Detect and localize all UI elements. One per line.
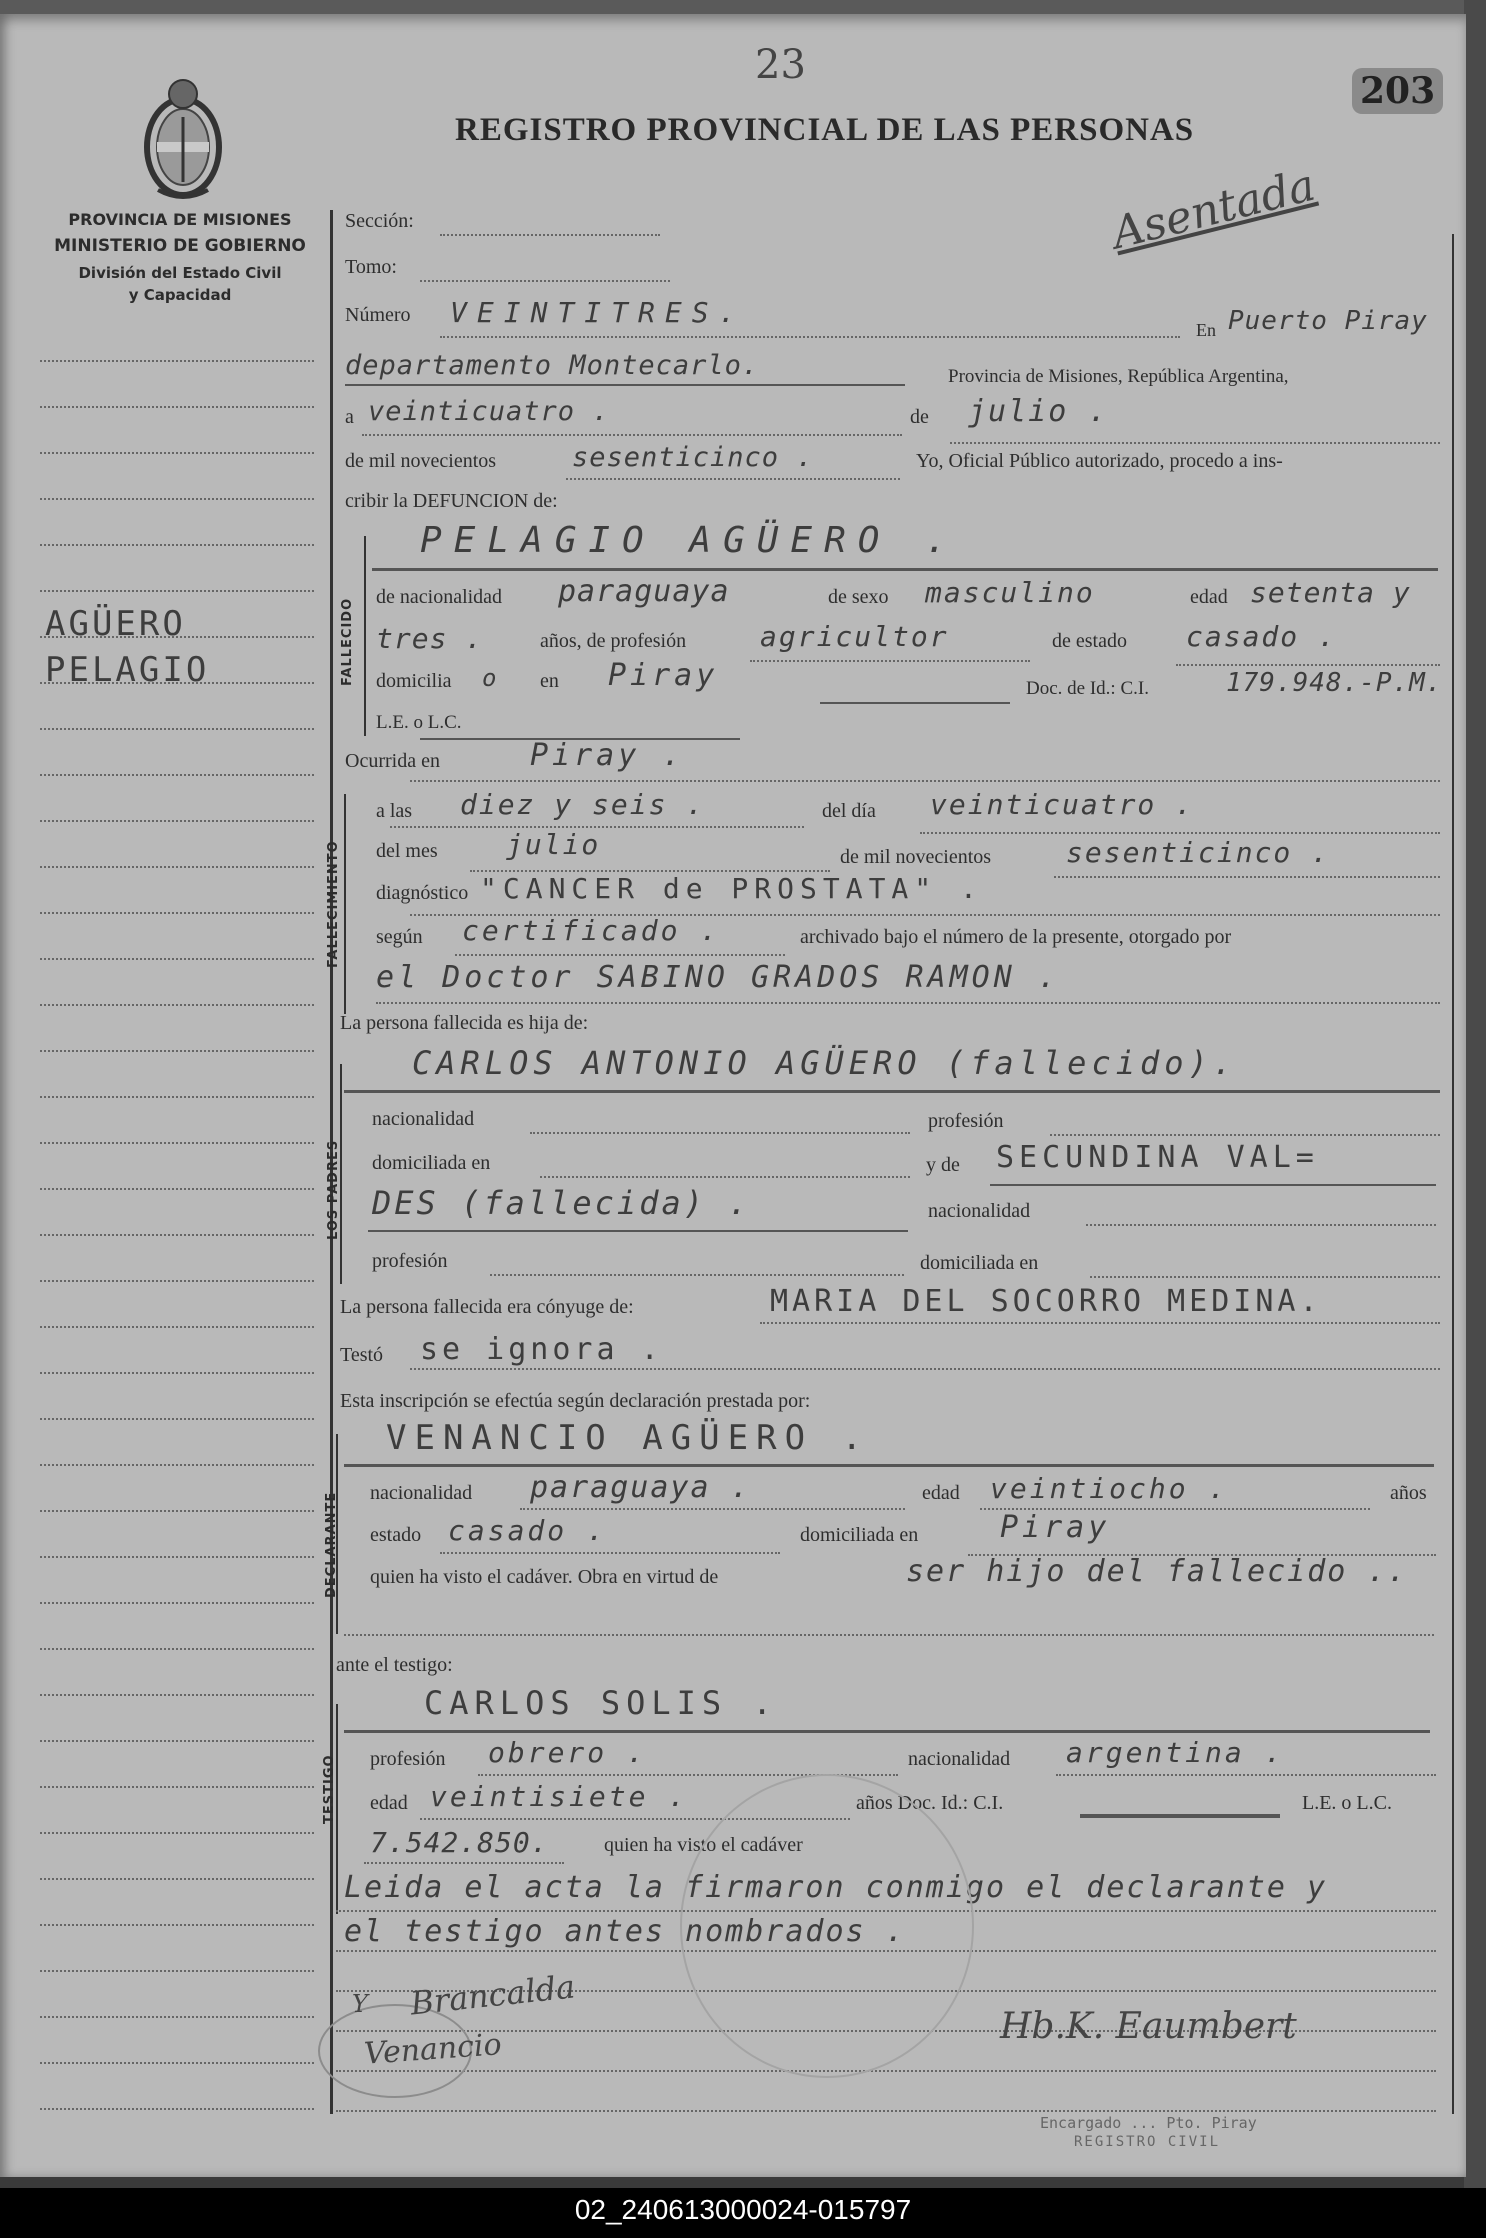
margin-ruled-line xyxy=(40,912,314,914)
testigo-name-field xyxy=(344,1730,1430,1733)
declarante-extra-field xyxy=(344,1634,1434,1636)
tomo-label: Tomo: xyxy=(345,256,397,279)
dia-label: del día xyxy=(822,800,876,823)
official-signature: Hb.K. Eaumbert xyxy=(1000,2006,1297,2047)
margin-ruled-line xyxy=(40,544,314,546)
conyuge-label: La persona fallecida era cónyuge de: xyxy=(340,1296,634,1319)
declarante-anios-label: años xyxy=(1390,1482,1427,1505)
testigo-profesion-value: obrero . xyxy=(488,1736,647,1769)
margin-surname: AGÜERO xyxy=(45,604,186,644)
agency-capacity: y Capacidad xyxy=(30,286,330,304)
declarante-name-field xyxy=(344,1464,1434,1467)
sexo-label: de sexo xyxy=(828,586,889,609)
hora-label: a las xyxy=(376,800,412,823)
numero-label: Número xyxy=(345,304,411,327)
segun-value: certificado . xyxy=(462,914,720,947)
a-label: a xyxy=(345,406,354,429)
deceased-name: PELAGIO AGÜERO . xyxy=(420,520,959,561)
estado-field xyxy=(1176,664,1440,666)
image-id-label: 02_240613000024-015797 xyxy=(0,2194,1486,2226)
testigo-ci-field xyxy=(1080,1814,1280,1818)
diagnostico-label: diagnóstico xyxy=(376,882,468,905)
departamento-field xyxy=(345,384,905,386)
profesion-field xyxy=(750,660,1030,662)
testo-value: se ignora . xyxy=(420,1332,663,1367)
declarante-domiciliada-label: domiciliada en xyxy=(800,1524,918,1547)
anios-profesion-label: años, de profesión xyxy=(540,630,686,653)
declarante-estado-label: estado xyxy=(370,1524,421,1547)
hora-value: diez y seis . xyxy=(460,788,705,821)
margin-ruled-line xyxy=(40,1464,314,1466)
fallecimiento-section-label: FALLECIMIENTO xyxy=(326,840,341,968)
agency-province: PROVINCIA DE MISIONES xyxy=(30,210,330,229)
edad-label: edad xyxy=(1190,586,1228,609)
domicilio-field xyxy=(820,702,1010,704)
fallecimiento-anio-label: de mil novecientos xyxy=(840,846,991,869)
margin-ruled-line xyxy=(40,1924,314,1926)
doc-label: Doc. de Id.: C.I. xyxy=(1026,678,1149,700)
madre-name-2-field xyxy=(368,1230,908,1232)
numero-field xyxy=(440,336,1180,338)
declarante-nacionalidad-label: nacionalidad xyxy=(370,1482,472,1505)
margin-ruled-line xyxy=(40,1740,314,1742)
segun-label: según xyxy=(376,926,423,949)
testigo-nacionalidad-label: nacionalidad xyxy=(908,1748,1010,1771)
margin-ruled-line xyxy=(40,452,314,454)
padre-nacionalidad-label: nacionalidad xyxy=(372,1108,474,1131)
en-label: En xyxy=(1196,320,1216,341)
declarante-edad-value: veintiocho . xyxy=(990,1472,1228,1505)
declarante-section-label: DECLARANTE xyxy=(324,1492,339,1598)
madre-profesion-field xyxy=(490,1274,904,1276)
fallecido-bracket xyxy=(364,536,366,736)
padre-name: CARLOS ANTONIO AGÜERO (fallecido). xyxy=(412,1044,1237,1082)
domicilio-en-label: en xyxy=(540,670,559,693)
diagnostico-value: "CANCER de PROSTATA" . xyxy=(480,872,983,905)
anio-label: de mil novecientos xyxy=(345,450,496,473)
estado-label: de estado xyxy=(1052,630,1127,653)
padres-section-label: LOS PADRES xyxy=(326,1140,341,1240)
ocurrida-value: Piray . xyxy=(530,738,684,773)
dia-value: veinticuatro . xyxy=(930,788,1194,821)
de-label: de xyxy=(910,406,929,429)
registration-day-field xyxy=(362,434,902,436)
margin-ruled-line xyxy=(40,1878,314,1880)
margin-ruled-line xyxy=(40,1326,314,1328)
margin-ruled-line xyxy=(40,360,314,362)
le-lc-label: L.E. o L.C. xyxy=(376,712,462,734)
margin-ruled-line xyxy=(40,1418,314,1420)
declarante-edad-label: edad xyxy=(922,1482,960,1505)
testigo-edad-value: veintisiete . xyxy=(430,1780,688,1813)
archivado-text: archivado bajo el número de la presente,… xyxy=(800,926,1231,949)
page-title: REGISTRO PROVINCIAL DE LAS PERSONAS xyxy=(455,112,1194,149)
padre-nacionalidad-field xyxy=(530,1132,910,1134)
y-de-label: y de xyxy=(926,1154,960,1177)
margin-ruled-line xyxy=(40,1372,314,1374)
agency-division: División del Estado Civil xyxy=(30,264,330,282)
registration-year: sesenticinco . xyxy=(572,442,814,473)
inscribir-text: cribir la DEFUNCION de: xyxy=(345,490,558,513)
estado-value: casado . xyxy=(1186,620,1337,653)
testigo-nacionalidad-value: argentina . xyxy=(1066,1736,1284,1769)
padres-intro: La persona fallecida es hija de: xyxy=(340,1012,588,1035)
madre-nacionalidad-label: nacionalidad xyxy=(928,1200,1030,1223)
margin-ruled-line xyxy=(40,820,314,822)
margin-ruled-line xyxy=(40,958,314,960)
asentada-annotation: Asentada xyxy=(1107,160,1320,260)
padre-domiciliada-label: domiciliada en xyxy=(372,1152,490,1175)
margin-ruled-line xyxy=(40,1510,314,1512)
seccion-label: Sección: xyxy=(345,210,414,233)
testigo-section-label: TESTIGO xyxy=(322,1754,337,1824)
testigo-nacionalidad-field xyxy=(1056,1774,1436,1776)
margin-ruled-line xyxy=(40,1142,314,1144)
segun-field xyxy=(455,954,785,956)
official-stamp-line-2: REGISTRO CIVIL xyxy=(1074,2134,1220,2150)
margin-ruled-line xyxy=(40,2108,314,2110)
conyuge-field xyxy=(760,1322,1440,1324)
signature-line-4 xyxy=(336,2110,1436,2112)
mes-label: del mes xyxy=(376,840,438,863)
declarante-estado-field xyxy=(440,1552,780,1554)
testo-field xyxy=(410,1368,1440,1370)
margin-ruled-line xyxy=(40,1556,314,1558)
registration-month-field xyxy=(950,442,1440,444)
padre-profesion-label: profesión xyxy=(928,1110,1004,1133)
testigo-le-field xyxy=(364,1862,564,1864)
oficial-text: Yo, Oficial Público autorizado, procedo … xyxy=(916,450,1283,473)
ocurrida-label: Ocurrida en xyxy=(345,750,440,773)
fallecimiento-bracket xyxy=(344,794,346,1014)
padre-profesion-field xyxy=(1050,1134,1440,1136)
madre-profesion-label: profesión xyxy=(372,1250,448,1273)
margin-ruled-line xyxy=(40,1188,314,1190)
otorgado-field xyxy=(376,1002,1440,1004)
en-value: Puerto Piray xyxy=(1228,306,1428,336)
testigo-le-lc-label: L.E. o L.C. xyxy=(1302,1792,1392,1815)
margin-ruled-line xyxy=(40,866,314,868)
scan-footer: 02_240613000024-015797 xyxy=(0,2188,1486,2238)
margin-ruled-line xyxy=(40,2062,314,2064)
madre-nacionalidad-field xyxy=(1086,1224,1436,1226)
conyuge-value: MARIA DEL SOCORRO MEDINA. xyxy=(770,1284,1322,1319)
margin-ruled-line xyxy=(40,498,314,500)
edad-value-2: tres . xyxy=(376,622,483,655)
signature-line-3 xyxy=(336,2070,1436,2072)
madre-domiciliada-label: domiciliada en xyxy=(920,1252,1038,1275)
declarante-name: VENANCIO AGÜERO . xyxy=(386,1418,870,1458)
ocurrida-field xyxy=(410,780,1440,782)
padre-name-field xyxy=(344,1090,1440,1093)
margin-ruled-line xyxy=(40,1602,314,1604)
declarante-virtud-value: ser hijo del fallecido .. xyxy=(906,1554,1408,1589)
fallecimiento-anio-value: sesenticinco . xyxy=(1066,836,1330,869)
dia-field xyxy=(920,832,1440,834)
domicilio-suffix: o xyxy=(482,664,496,692)
margin-ruled-line xyxy=(40,728,314,730)
nacionalidad-value: paraguaya xyxy=(558,574,730,609)
right-border xyxy=(1452,234,1454,2114)
margin-ruled-line xyxy=(40,406,314,408)
margin-ruled-line xyxy=(40,1004,314,1006)
madre-name-2: DES (fallecida) . xyxy=(372,1184,751,1222)
testigo-intro: ante el testigo: xyxy=(336,1654,453,1677)
nacionalidad-label: de nacionalidad xyxy=(376,586,502,609)
madre-name-1: SECUNDINA VAL= xyxy=(996,1140,1319,1175)
page-number: 23 xyxy=(755,42,806,88)
doc-value: 179.948.-P.M. xyxy=(1226,668,1443,698)
declarante-domicilio-value: Piray xyxy=(1000,1510,1110,1545)
agency-ministry: MINISTERIO DE GOBIERNO xyxy=(30,236,330,256)
official-stamp-line-1: Encargado ... Pto. Piray xyxy=(1040,2114,1257,2132)
fallecido-section-label: FALLECIDO xyxy=(340,598,355,686)
testigo-name: CARLOS SOLIS . xyxy=(424,1684,778,1722)
sexo-value: masculino xyxy=(925,576,1095,609)
margin-ruled-line xyxy=(40,1234,314,1236)
fallecimiento-anio-field xyxy=(1054,876,1440,878)
registration-month: julio . xyxy=(968,394,1108,429)
margin-ruled-line xyxy=(40,1280,314,1282)
margin-ruled-line xyxy=(40,1694,314,1696)
madre-domiciliada-field xyxy=(1090,1276,1440,1278)
document-page: PROVINCIA DE MISIONES MINISTERIO DE GOBI… xyxy=(0,14,1466,2177)
registration-day: veinticuatro . xyxy=(368,396,610,427)
coat-of-arms-icon xyxy=(138,72,228,202)
margin-ruled-line xyxy=(40,1648,314,1650)
numero-value: VEINTITRES. xyxy=(450,296,745,329)
margin-ruled-line xyxy=(40,774,314,776)
testigo-profesion-label: profesión xyxy=(370,1748,446,1771)
testigo-edad-label: edad xyxy=(370,1792,408,1815)
departamento-value: departamento Montecarlo. xyxy=(345,350,759,381)
margin-ruled-line xyxy=(40,590,314,592)
testo-label: Testó xyxy=(340,1344,383,1367)
provincia-text: Provincia de Misiones, República Argenti… xyxy=(948,366,1289,388)
center-seal-outline xyxy=(680,1774,974,2078)
otorgado-value: el Doctor SABINO GRADOS RAMON . xyxy=(376,960,1060,995)
edad-value-1: setenta y xyxy=(1250,576,1411,609)
scan-right-edge xyxy=(1464,0,1486,2190)
margin-ruled-line xyxy=(40,1786,314,1788)
margin-ruled-line xyxy=(40,2016,314,2018)
seccion-field xyxy=(440,234,660,236)
padre-domiciliada-field xyxy=(540,1176,910,1178)
domicilio-value: Piray xyxy=(608,658,718,693)
margin-ruled-line xyxy=(40,1832,314,1834)
margin-ruled-line xyxy=(40,1050,314,1052)
profesion-value: agricultor xyxy=(760,620,949,653)
margin-ruled-line xyxy=(40,1970,314,1972)
mes-value: julio xyxy=(506,828,600,861)
registration-year-field xyxy=(566,478,900,480)
testigo-le-value: 7.542.850. xyxy=(370,1826,549,1859)
left-signature-1: Brancalda xyxy=(408,1967,576,2022)
madre-name-field xyxy=(990,1184,1436,1186)
tomo-field xyxy=(420,280,670,282)
declarante-visto-text: quien ha visto el cadáver. Obra en virtu… xyxy=(370,1566,718,1589)
declarante-intro: Esta inscripción se efectúa según declar… xyxy=(340,1390,810,1413)
declarante-estado-value: casado . xyxy=(448,1514,607,1547)
margin-given-name: PELAGIO xyxy=(45,650,209,690)
declarante-nacionalidad-value: paraguaya . xyxy=(530,1470,751,1505)
declarante-nacionalidad-field xyxy=(520,1508,905,1510)
deceased-name-field xyxy=(372,568,1438,571)
margin-ruled-line xyxy=(40,1096,314,1098)
declarante-mark: Y xyxy=(352,1990,368,2018)
stamp-number: 203 xyxy=(1352,68,1443,114)
domicilio-label: domicilia xyxy=(376,670,452,693)
